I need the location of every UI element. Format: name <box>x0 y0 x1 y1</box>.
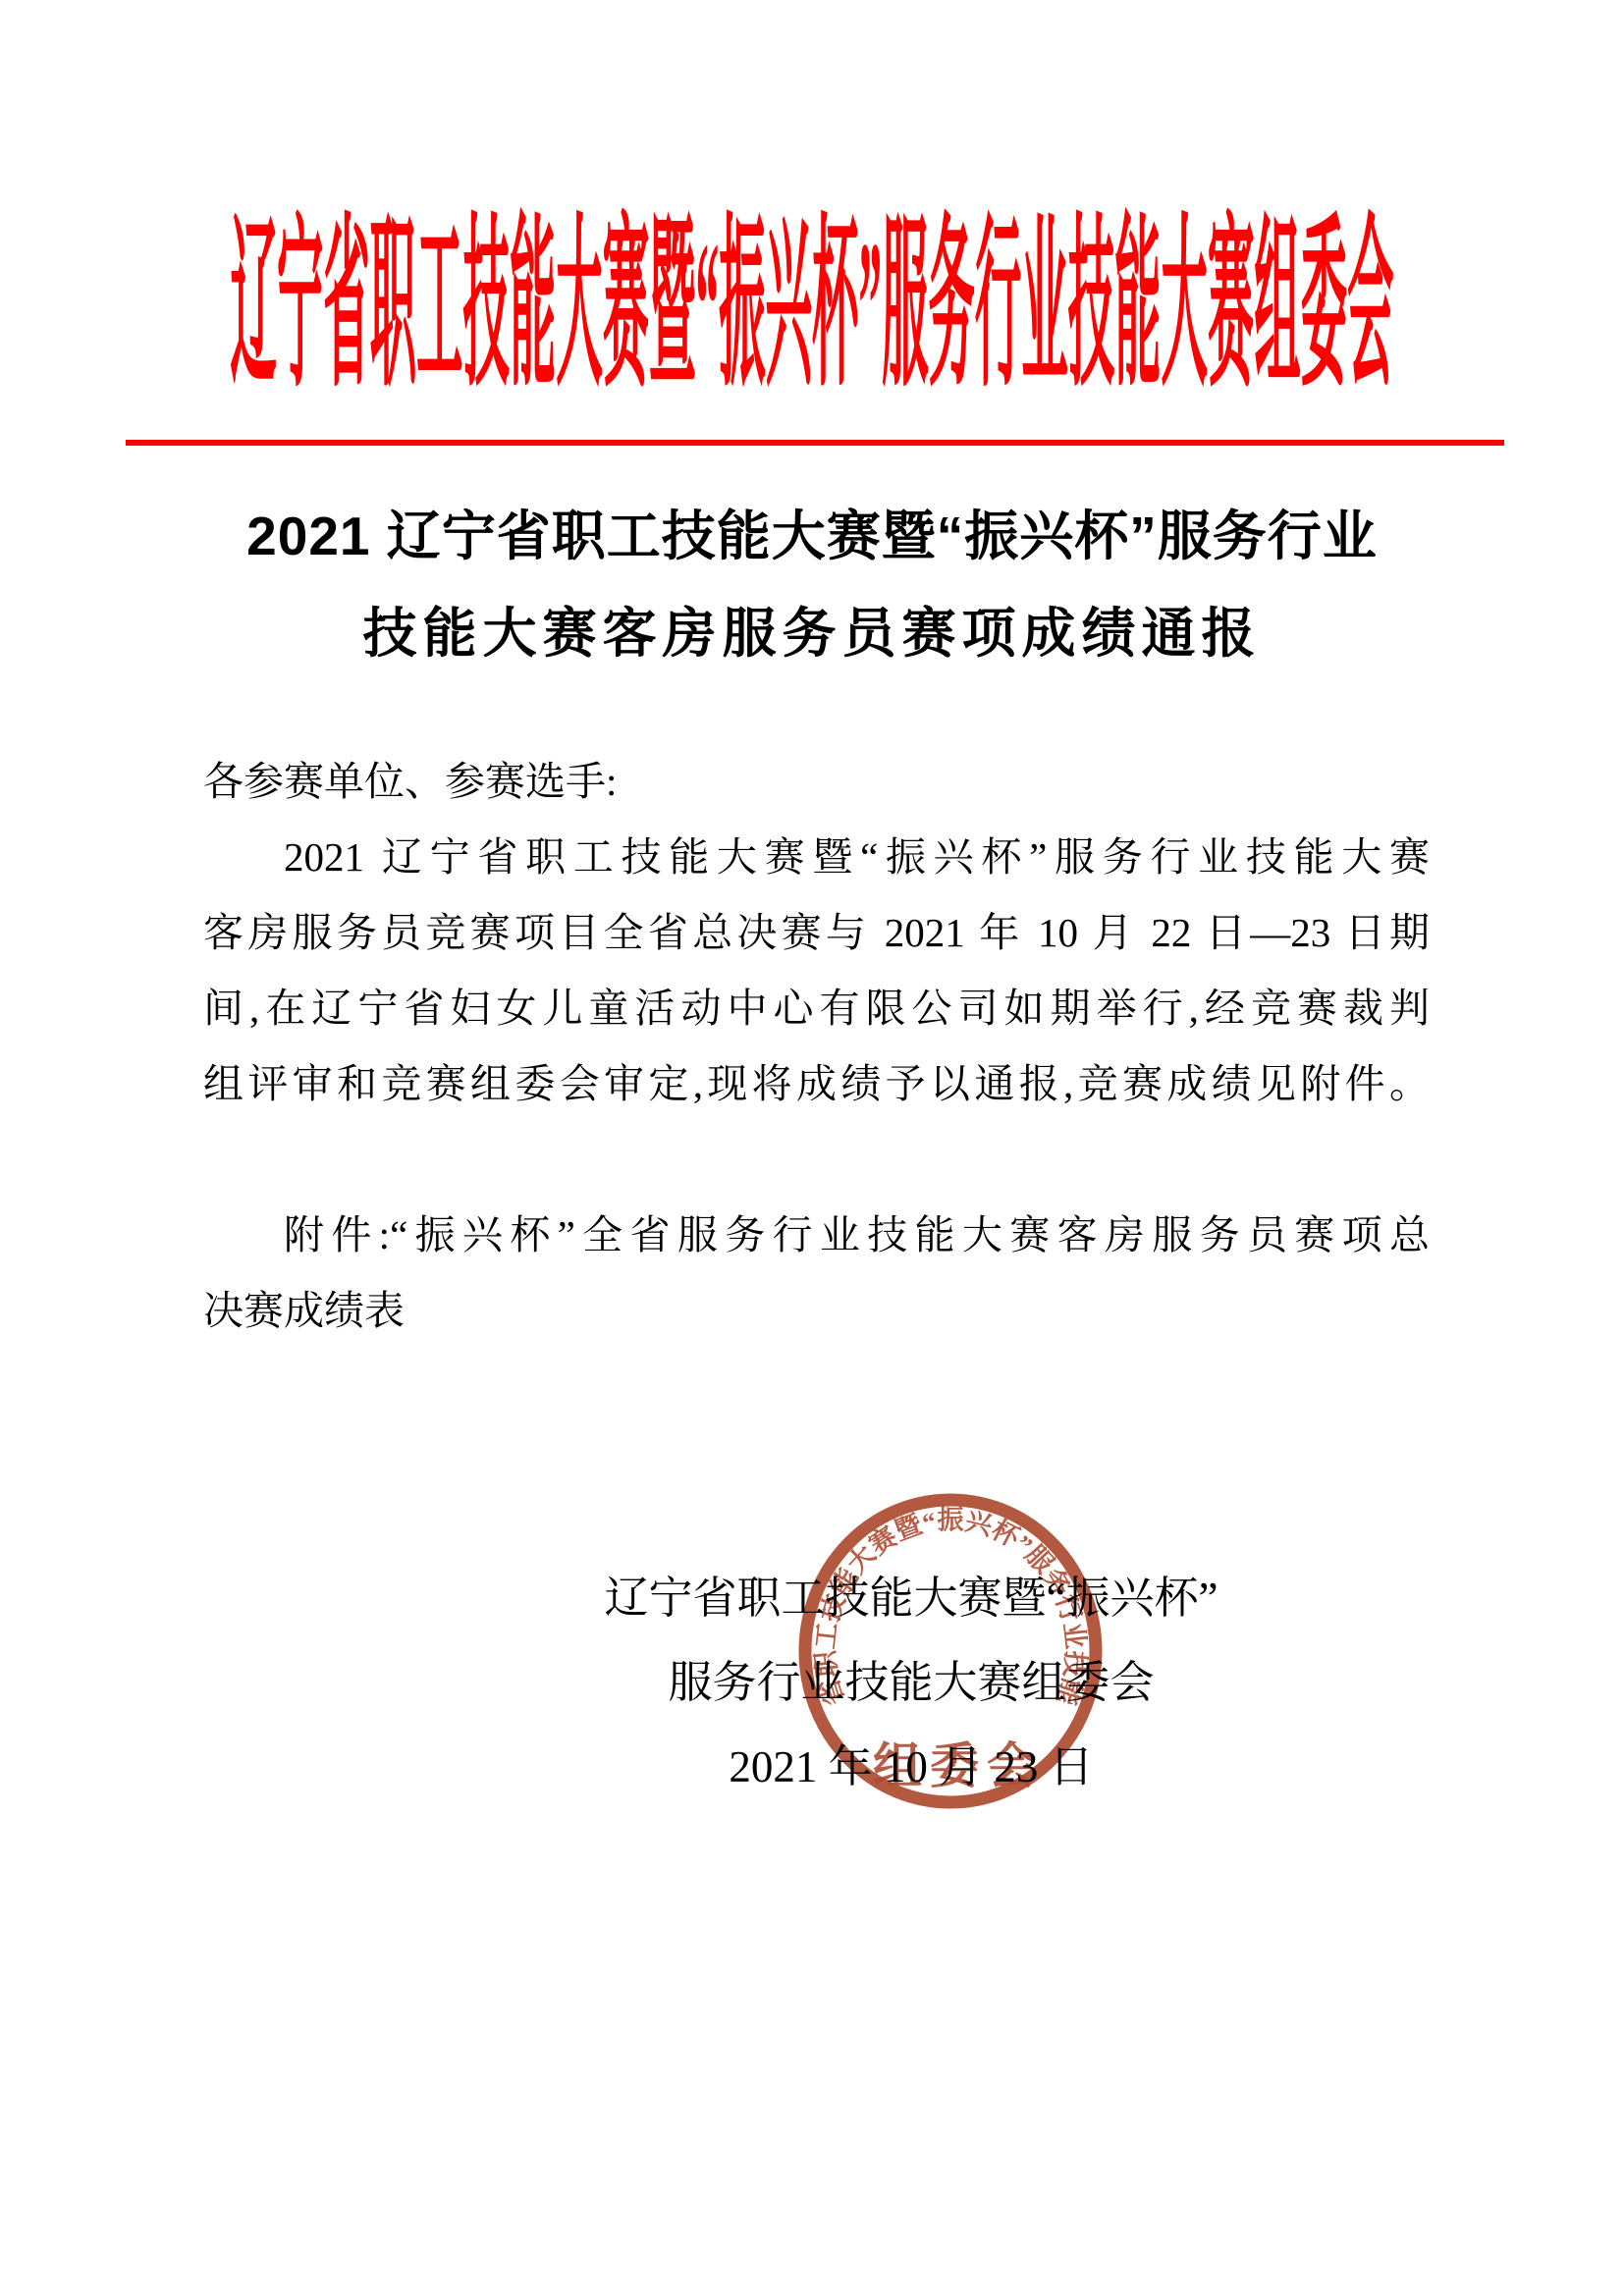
signature-date: 2021 年 10 月 23 日 <box>518 1725 1304 1809</box>
document-title-line-1: 2021 辽宁省职工技能大赛暨“振兴杯”服务行业 <box>0 488 1624 585</box>
paragraph-line: 2021 辽宁省职工技能大赛暨“振兴杯”服务行业技能大赛 <box>203 820 1430 895</box>
attachment-note: 附件:“振兴杯”全省服务行业技能大赛客房服务员赛项总 决赛成绩表 <box>203 1198 1430 1349</box>
red-masthead: 辽宁省职工技能大赛暨“振兴杯”服务行业技能大赛组委会 <box>0 218 1624 395</box>
signature-block: 辽宁省职工技能大赛暨“振兴杯” 服务行业技能大赛组委会 2021 年 10 月 … <box>518 1556 1304 1809</box>
paragraph-line: 组评审和竞赛组委会审定,现将成绩予以通报,竞赛成绩见附件。 <box>203 1046 1430 1122</box>
masthead-org-name: 辽宁省职工技能大赛暨“振兴杯”服务行业技能大赛组委会 <box>231 214 1394 400</box>
attachment-line: 决赛成绩表 <box>203 1273 1430 1349</box>
paragraph-line: 间,在辽宁省妇女儿童活动中心有限公司如期举行,经竞赛裁判 <box>203 971 1430 1046</box>
red-rule <box>126 440 1504 446</box>
attachment-line: 附件:“振兴杯”全省服务行业技能大赛客房服务员赛项总 <box>203 1198 1430 1273</box>
document-title-line-2: 技能大赛客房服务员赛项成绩通报 <box>0 585 1624 682</box>
body-paragraph: 各参赛单位、参赛选手: 2021 辽宁省职工技能大赛暨“振兴杯”服务行业技能大赛… <box>203 744 1430 1122</box>
signature-line-1: 辽宁省职工技能大赛暨“振兴杯” <box>518 1556 1304 1640</box>
paragraph-line: 客房服务员竞赛项目全省总决赛与 2021 年 10 月 22 日—23 日期 <box>203 895 1430 971</box>
salutation-line: 各参赛单位、参赛选手: <box>203 744 1430 820</box>
signature-line-2: 服务行业技能大赛组委会 <box>518 1640 1304 1725</box>
document-page: 辽宁省职工技能大赛暨“振兴杯”服务行业技能大赛组委会 2021 辽宁省职工技能大… <box>0 0 1624 2296</box>
document-title: 2021 辽宁省职工技能大赛暨“振兴杯”服务行业 技能大赛客房服务员赛项成绩通报 <box>0 488 1624 682</box>
